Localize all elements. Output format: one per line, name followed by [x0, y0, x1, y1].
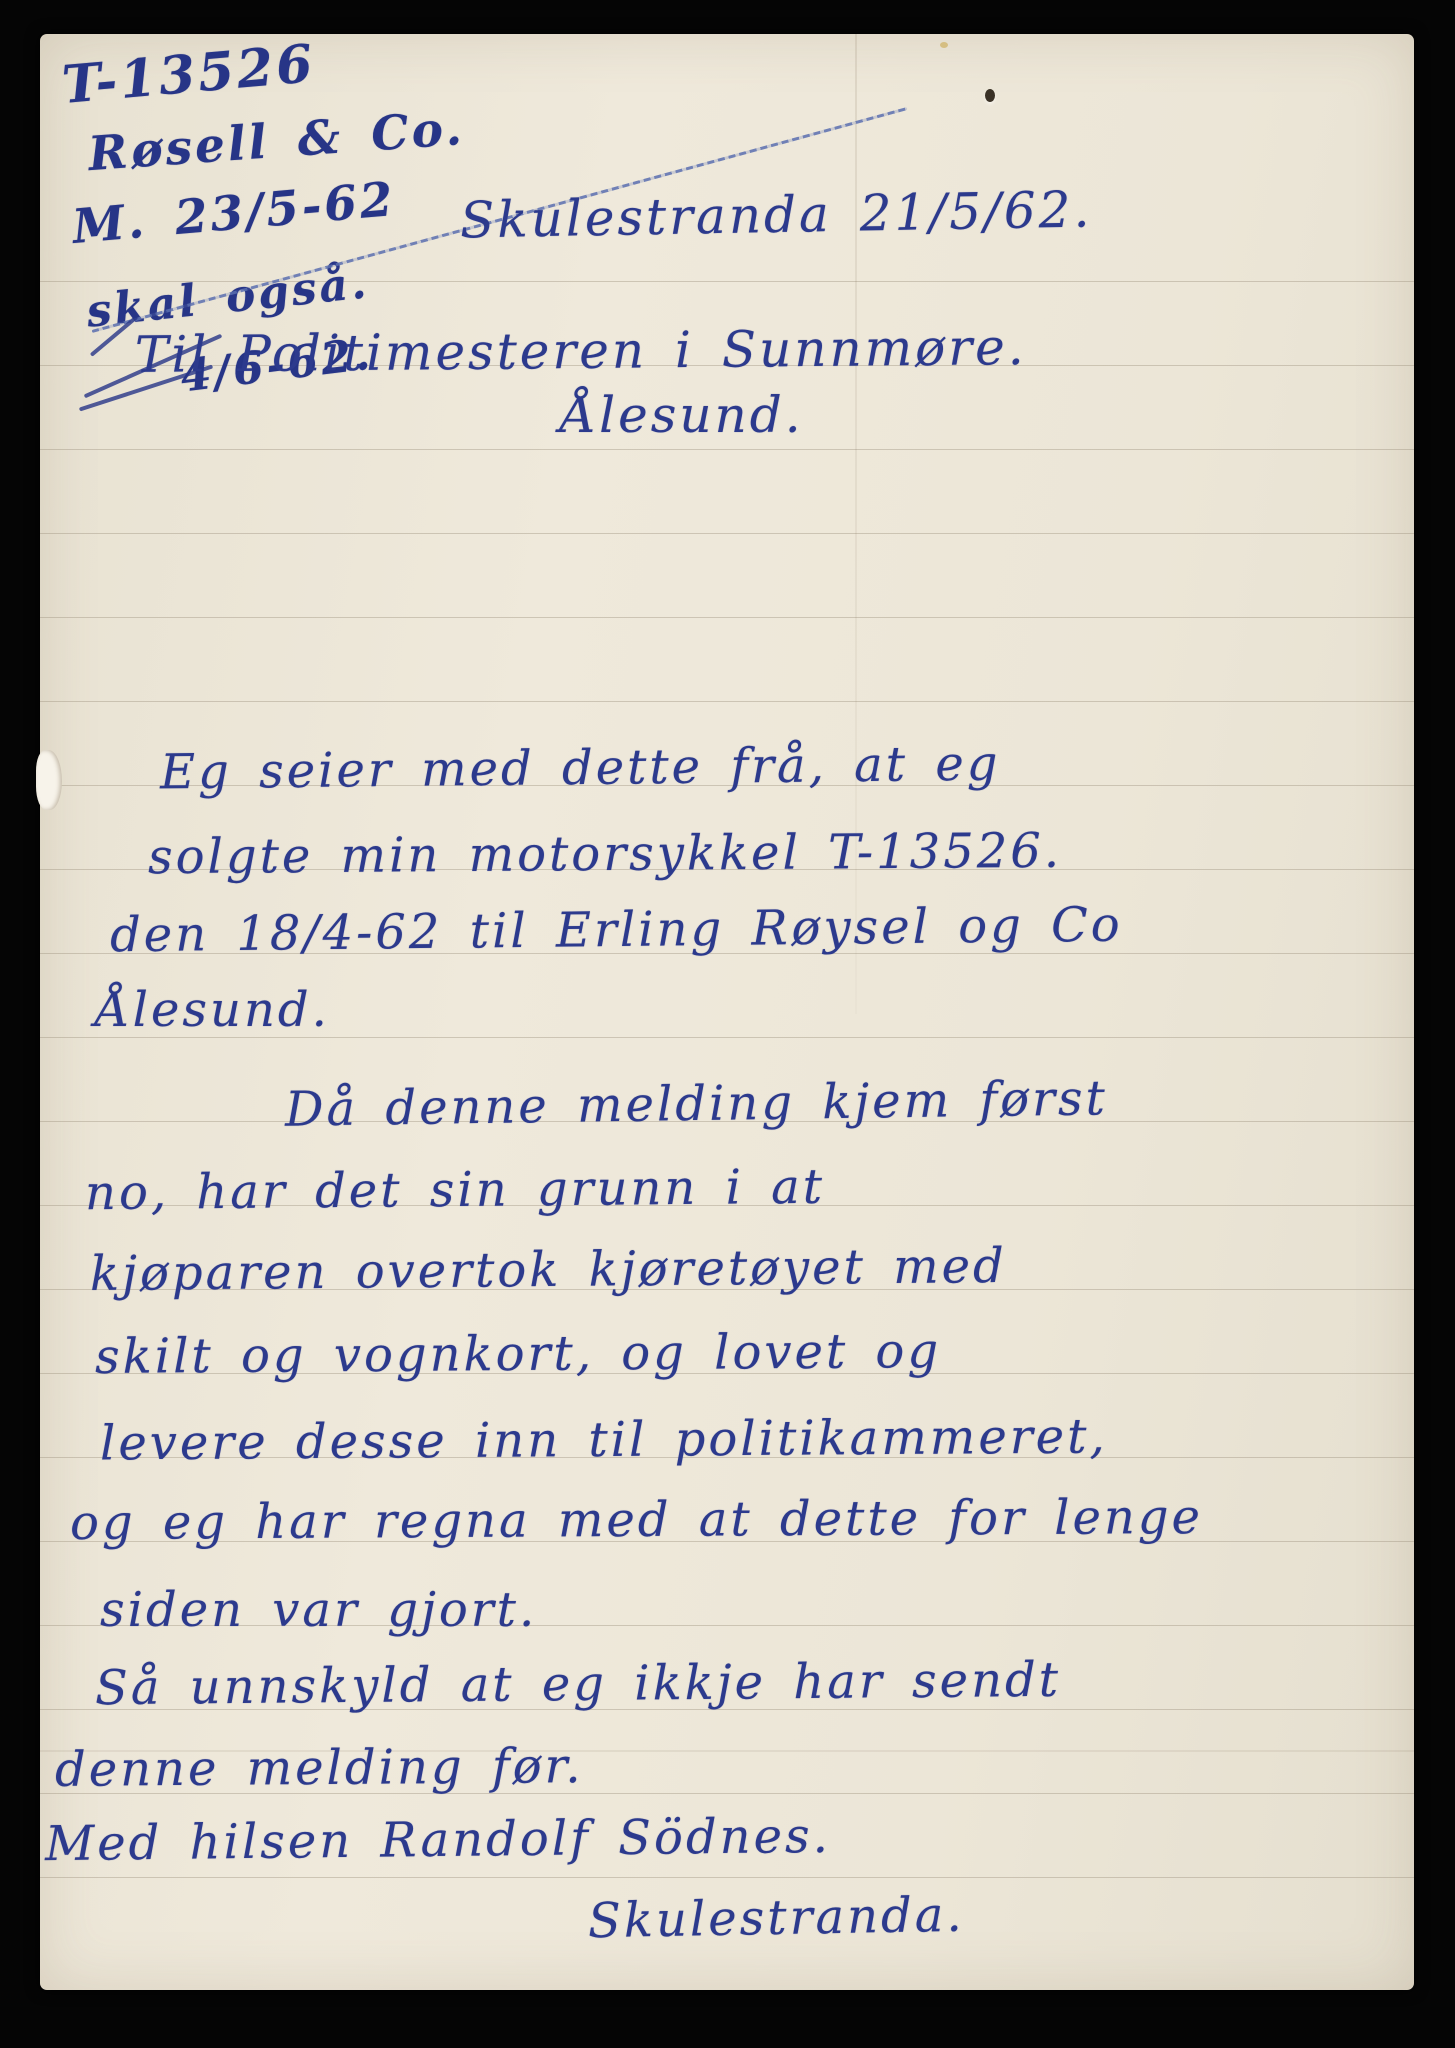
paper-stain	[940, 42, 948, 48]
body-line: den 18/4-62 til Erling Røysel og Co	[110, 897, 1123, 964]
paper-tear	[36, 750, 62, 810]
annotation-received-date: M. 23/5-62	[70, 172, 397, 255]
recipient-line-2: Ålesund.	[560, 386, 804, 444]
recipient-line-1: Til Politimesteren i Sunnmøre.	[135, 318, 1027, 384]
body-line: skilt og vognkort, og lovet og	[95, 1323, 941, 1385]
body-line: Eg seier med dette frå, at eg	[160, 736, 1001, 801]
body-line: kjøparen overtok kjøretøyet med	[90, 1238, 1007, 1302]
body-line: Så unnskyld at eg ikkje har sendt	[95, 1652, 1061, 1716]
body-line: Ålesund.	[95, 982, 330, 1038]
letter-paper: T-13526 Røsell & Co. M. 23/5-62 skal ogs…	[40, 34, 1414, 1990]
body-line: denne melding før.	[55, 1738, 584, 1798]
annotation-registration-number: T-13526	[60, 33, 318, 116]
body-line: Då denne melding kjem først	[285, 1070, 1109, 1137]
body-line: no, har det sin grunn i at	[85, 1159, 826, 1221]
body-line: solgte min motorsykkel T-13526.	[148, 823, 1062, 885]
paper-hole	[985, 89, 995, 102]
letter-place-date: Skulestranda 21/5/62.	[460, 180, 1093, 249]
body-line: og eg har regna med at dette for lenge	[70, 1489, 1203, 1551]
signature-closing: Med hilsen Randolf Södnes.	[45, 1808, 831, 1872]
annotation-buyer-note: Røsell & Co.	[87, 101, 467, 182]
body-line: siden var gjort.	[100, 1582, 537, 1638]
signature-place: Skulestranda.	[588, 1887, 966, 1950]
body-line: levere desse inn til politikammeret,	[100, 1408, 1108, 1471]
scanned-letter: T-13526 Røsell & Co. M. 23/5-62 skal ogs…	[0, 0, 1455, 2048]
